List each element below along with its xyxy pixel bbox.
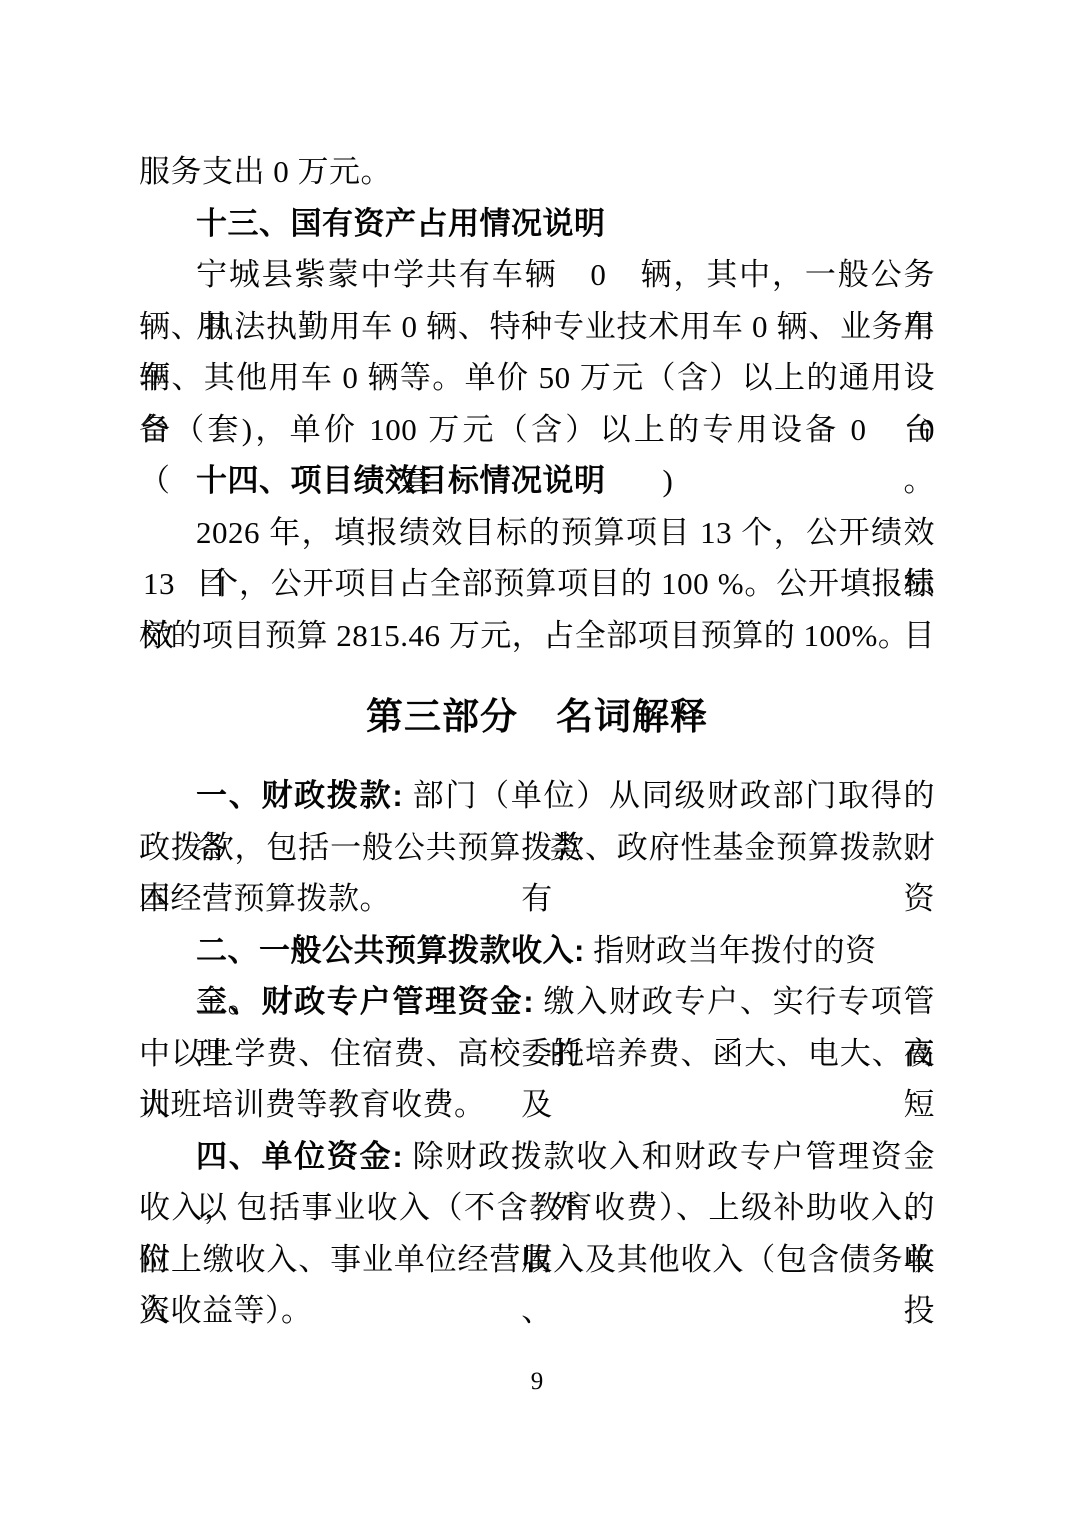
body-line: 标的项目预算 2815.46 万元，占全部项目预算的 100%。 <box>139 610 935 662</box>
bold-text-run: 十四、项目绩效目标情况说明 <box>196 463 606 498</box>
body-line: 服务支出 0 万元。 <box>139 146 935 198</box>
body-line: 位上缴收入、事业单位经营收入及其他收入（包含债务收入、投 <box>139 1234 935 1286</box>
page-number: 9 <box>0 1368 1074 1396</box>
body-line: 宁城县紫蒙中学共有车辆 0 辆，其中，一般公务用车 <box>139 249 935 301</box>
text-run: 训班培训费等教育收费。 <box>139 1087 486 1122</box>
glossary-term-4: 四、单位资金: 除财政拨款收入和财政专户管理资金以外的 <box>139 1131 935 1183</box>
bold-text-run: 四、单位资金: <box>196 1139 403 1174</box>
glossary-term-3: 三、财政专户管理资金: 缴入财政专户、实行专项管理的高 <box>139 976 935 1028</box>
subheading-state-assets: 十三、国有资产占用情况说明 <box>139 198 935 250</box>
bold-text-run: 一、财政拨款: <box>196 778 403 813</box>
bold-text-run: 十三、国有资产占用情况说明 <box>196 206 606 241</box>
body-line: 2026 年，填报绩效目标的预算项目 13 个，公开绩效目标 <box>139 507 935 559</box>
body-line: 收入，包括事业收入（不含教育收费）、上级补助收入、附属单 <box>139 1182 935 1234</box>
body-line: 中以上学费、住宿费、高校委托培养费、函大、电大、夜大及短 <box>139 1028 935 1080</box>
text-run: 标的项目预算 2815.46 万元，占全部项目预算的 100%。 <box>139 618 909 653</box>
body-line: 政拨款，包括一般公共预算拨款、政府性基金预算拨款、国有资 <box>139 822 935 874</box>
body-line: 台（套)，单价 100 万元（含）以上的专用设备 0 台（套)。 <box>139 404 935 456</box>
body-line: 辆、其他用车 0 辆等。单价 50 万元（含）以上的通用设备 0 <box>139 352 935 404</box>
bold-text-run: 二、一般公共预算拨款收入: <box>196 933 585 968</box>
bold-text-run: 三、财政专户管理资金: <box>196 984 534 1019</box>
document-page: 服务支出 0 万元。十三、国有资产占用情况说明宁城县紫蒙中学共有车辆 0 辆，其… <box>0 0 1074 1520</box>
body-line: 辆、执法执勤用车 0 辆、特种专业技术用车 0 辆、业务用车 <box>139 301 935 353</box>
section-title: 第三部分 名词解释 <box>139 689 935 745</box>
bold-text-run: 第三部分 名词解释 <box>366 696 708 737</box>
glossary-term-2: 二、一般公共预算拨款收入: 指财政当年拨付的资金。 <box>139 925 935 977</box>
document-lines: 服务支出 0 万元。十三、国有资产占用情况说明宁城县紫蒙中学共有车辆 0 辆，其… <box>139 146 935 1337</box>
text-run: 本经营预算拨款。 <box>139 881 391 916</box>
text-run: 资收益等）。 <box>139 1293 313 1328</box>
text-run: 服务支出 0 万元。 <box>139 154 392 189</box>
body-line: 13 个，公开项目占全部预算项目的 100 %。公开填报绩效目 <box>139 558 935 610</box>
glossary-term-1: 一、财政拨款: 部门（单位）从同级财政部门取得的各类财 <box>139 770 935 822</box>
